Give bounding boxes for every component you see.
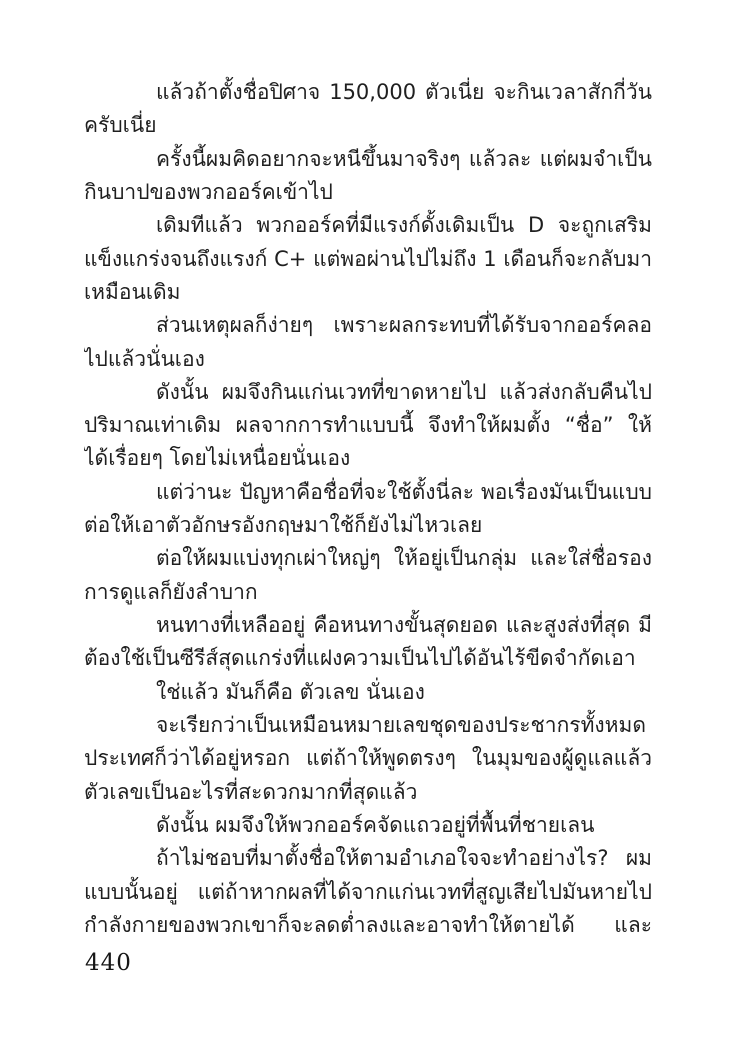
book-page: แล้วถ้าตั้งชื่อปิศาจ 150,000 ตัวเนี่ย จะ… bbox=[0, 0, 738, 1051]
text-line: ส่วนเหตุผลก็ง่ายๆ เพราะผลกระทบที่ได้รับจ… bbox=[84, 309, 652, 342]
body-text: แล้วถ้าตั้งชื่อปิศาจ 150,000 ตัวเนี่ย จะ… bbox=[84, 76, 652, 942]
text-line: เดิมทีแล้ว พวกออร์คที่มีแรงก์ดั้งเดิมเป็… bbox=[84, 209, 652, 242]
text-line: ต่อให้เอาตัวอักษรอังกฤษมาใช้ก็ยังไม่ไหวเ… bbox=[84, 509, 652, 542]
text-line: แข็งแกร่งจนถึงแรงก์ C+ แต่พอผ่านไปไม่ถึง… bbox=[84, 243, 652, 276]
text-line: กำลังกายของพวกเขาก็จะลดต่ำลงและอาจทำให้ต… bbox=[84, 909, 652, 942]
text-line: ครั้งนี้ผมคิดอยากจะหนีขึ้นมาจริงๆ แล้วละ… bbox=[84, 143, 652, 176]
text-line: ถ้าไม่ชอบที่มาตั้งชื่อให้ตามอำเภอใจจะทำอ… bbox=[84, 842, 652, 875]
page-number: 440 bbox=[85, 950, 132, 976]
text-line: ประเทศก็ว่าได้อยู่หรอก แต่ถ้าให้พูดตรงๆ … bbox=[84, 742, 652, 775]
text-line: ได้เรื่อยๆ โดยไม่เหนื่อยนั่นเอง bbox=[84, 442, 652, 475]
text-line: ปริมาณเท่าเดิม ผลจากการทำแบบนี้ จึงทำให้… bbox=[84, 409, 652, 442]
text-line: จะเรียกว่าเป็นเหมือนหมายเลขชุดของประชากร… bbox=[84, 709, 652, 742]
text-line: ดังนั้น ผมจึงกินแก่นเวทที่ขาดหายไป แล้วส… bbox=[84, 376, 652, 409]
text-line: ครับเนี่ย bbox=[84, 109, 652, 142]
text-line: ต้องใช้เป็นซีรีส์สุดแกร่งที่แฝงความเป็นไ… bbox=[84, 642, 652, 675]
text-line: ใช่แล้ว มันก็คือ ตัวเลข นั่นเอง bbox=[84, 676, 652, 709]
text-line: ตัวเลขเป็นอะไรที่สะดวกมากที่สุดแล้ว bbox=[84, 776, 652, 809]
text-line: เหมือนเดิม bbox=[84, 276, 652, 309]
text-line: แบบนั้นอยู่ แต่ถ้าหากผลที่ได้จากแก่นเวทท… bbox=[84, 876, 652, 909]
text-line: แล้วถ้าตั้งชื่อปิศาจ 150,000 ตัวเนี่ย จะ… bbox=[84, 76, 652, 109]
text-line: แต่ว่านะ ปัญหาคือชื่อที่จะใช้ตั้งนี่ละ พ… bbox=[84, 476, 652, 509]
text-line: ไปแล้วนั่นเอง bbox=[84, 343, 652, 376]
text-line: หนทางที่เหลืออยู่ คือหนทางขั้นสุดยอด และ… bbox=[84, 609, 652, 642]
text-line: ดังนั้น ผมจึงให้พวกออร์คจัดแถวอยู่ที่พื้… bbox=[84, 809, 652, 842]
text-line: การดูแลก็ยังลำบาก bbox=[84, 576, 652, 609]
text-line: ต่อให้ผมแบ่งทุกเผ่าใหญ่ๆ ให้อยู่เป็นกลุ่… bbox=[84, 542, 652, 575]
text-line: กินบาปของพวกออร์คเข้าไป bbox=[84, 176, 652, 209]
